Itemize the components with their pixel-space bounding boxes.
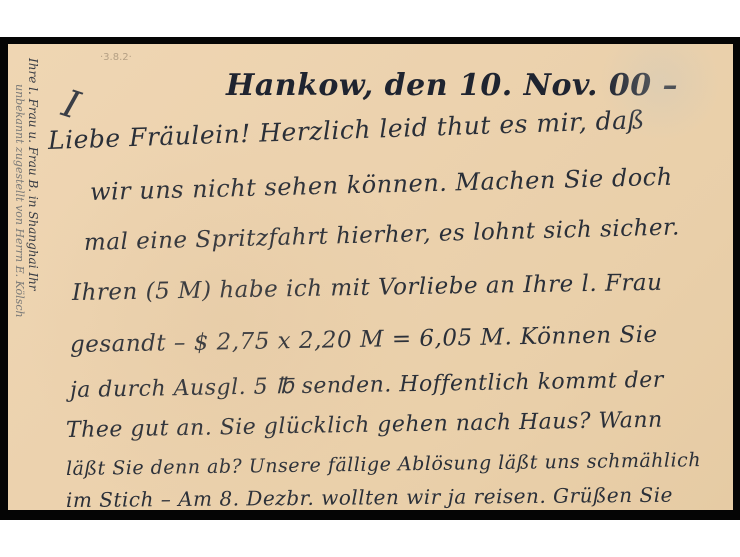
postcard: ·3.8.2· Ihre l. Frau u. Frau B. in Shang… [8, 44, 733, 510]
body-line-7: Thee gut an. Sie glücklich gehen nach Ha… [66, 408, 663, 443]
body-line-8: läßt Sie denn ab? Unsere fällige Ablösun… [66, 449, 701, 480]
body-line-9: im Stich – Am 8. Dezbr. wollten wir ja r… [66, 483, 673, 510]
salutation-mark: I [57, 81, 85, 128]
body-line-4: Ihren (5 M) habe ich mit Vorliebe an Ihr… [72, 270, 663, 306]
margin-note-2: unbekannt zugestellt von Herrn E. Kölsch [13, 84, 26, 318]
margin-note-1: Ihre l. Frau u. Frau B. in Shanghai Ihr [26, 58, 40, 291]
body-line-1: Liebe Fräulein! Herzlich leid thut es mi… [47, 105, 645, 155]
date-line: Hankow, den 10. Nov. 00 – [226, 68, 678, 103]
postmark-fragment: ·3.8.2· [100, 52, 132, 63]
body-line-5: gesandt – $ 2,75 x 2,20 M = 6,05 M. Könn… [70, 322, 658, 358]
body-line-6: ja durch Ausgl. 5 ℔ senden. Hoffentlich … [70, 368, 664, 403]
body-line-3: mal eine Spritzfahrt hierher, es lohnt s… [84, 214, 680, 256]
body-line-2: wir uns nicht sehen können. Machen Sie d… [90, 163, 673, 206]
